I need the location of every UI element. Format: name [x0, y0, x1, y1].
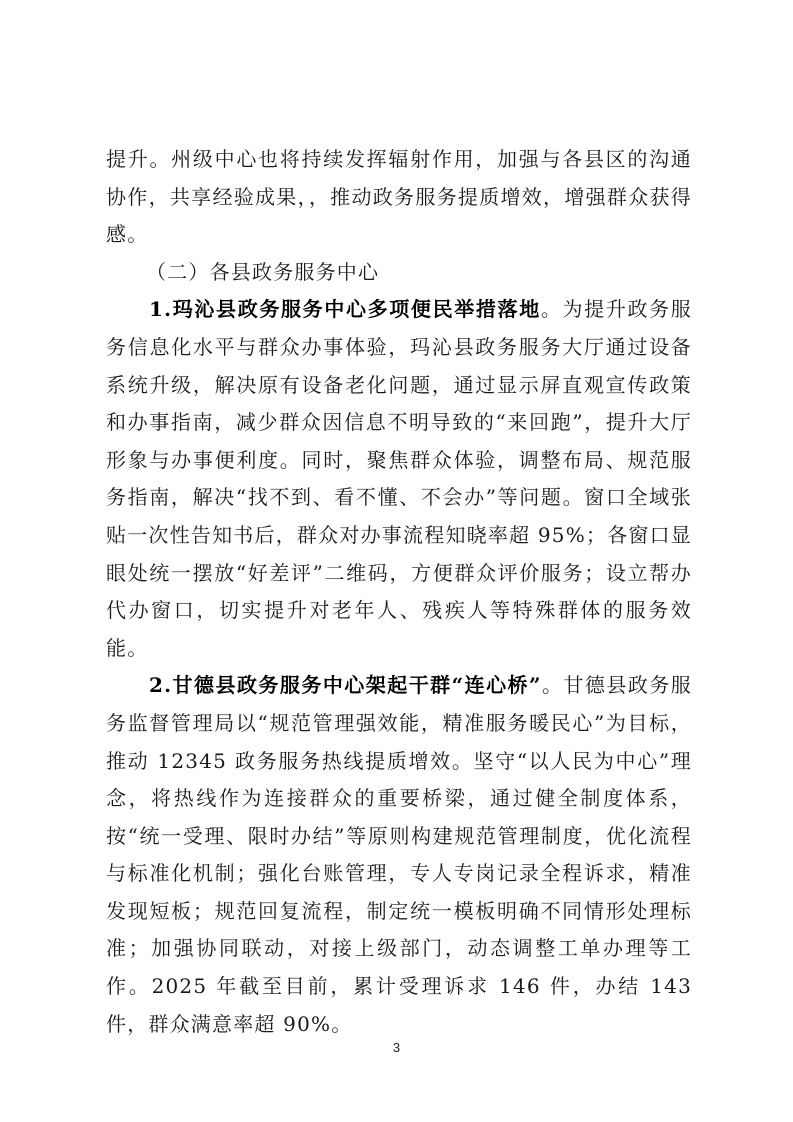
- document-page: 提升。州级中心也将持续发挥辐射作用，加强与各县区的沟通协作，共享经验成果，，推动…: [106, 141, 692, 1043]
- section-heading: （二）各县政务服务中心: [106, 254, 692, 292]
- item-title: 2.甘德县政务服务中心架起干群“连心桥”: [149, 673, 542, 697]
- item-body: 。甘德县政务服务监督管理局以“规范管理强效能，精准服务暖民心”为目标，推动 12…: [106, 673, 692, 1035]
- item-paragraph-maqin: 1.玛沁县政务服务中心多项便民举措落地。为提升政务服务信息化水平与群众办事体验，…: [106, 291, 692, 667]
- continuation-paragraph: 提升。州级中心也将持续发挥辐射作用，加强与各县区的沟通协作，共享经验成果，，推动…: [106, 141, 692, 254]
- item-title: 1.玛沁县政务服务中心多项便民举措落地: [149, 297, 541, 321]
- item-paragraph-gande: 2.甘德县政务服务中心架起干群“连心桥”。甘德县政务服务监督管理局以“规范管理强…: [106, 667, 692, 1043]
- item-body: 。为提升政务服务信息化水平与群众办事体验，玛沁县政务服务大厅通过设备系统升级，解…: [106, 297, 692, 659]
- page-number: 3: [0, 1040, 793, 1055]
